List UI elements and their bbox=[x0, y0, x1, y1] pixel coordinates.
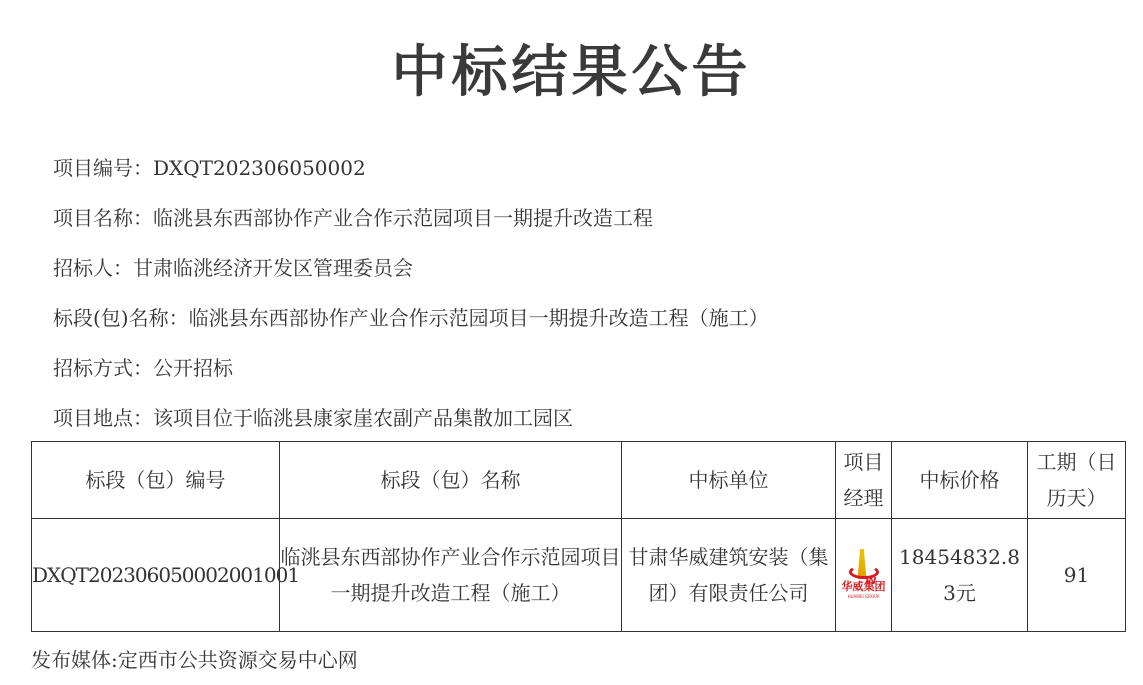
section-name-value: 临洮县东西部协作产业合作示范园项目一期提升改造工程（施工） bbox=[189, 306, 769, 330]
header-project-manager: 项目经理 bbox=[836, 442, 892, 519]
project-number-line: 项目编号：DXQT202306050002 bbox=[53, 152, 366, 181]
logo-en-text: HUAWEI GROUP bbox=[838, 594, 890, 599]
header-section-code: 标段（包）编号 bbox=[32, 442, 280, 519]
table-header-row: 标段（包）编号 标段（包）名称 中标单位 项目经理 中标价格 工期（日历天） bbox=[32, 442, 1126, 519]
header-duration: 工期（日历天） bbox=[1028, 442, 1126, 519]
project-location-label: 项目地点： bbox=[53, 406, 153, 430]
tender-method-line: 招标方式：公开招标 bbox=[53, 352, 233, 381]
cell-price: 18454832.83元 bbox=[892, 519, 1028, 632]
tenderer-label: 招标人： bbox=[53, 256, 133, 280]
cell-section-code: DXQT202306050002001001 bbox=[32, 519, 280, 632]
huawei-group-logo-icon: W 华威集团 HUAWEI GROUP bbox=[838, 547, 890, 603]
tenderer-line: 招标人：甘肃临洮经济开发区管理委员会 bbox=[53, 252, 413, 281]
header-section-name: 标段（包）名称 bbox=[280, 442, 622, 519]
tenderer-value: 甘肃临洮经济开发区管理委员会 bbox=[133, 256, 413, 280]
logo-cn-text: 华威集团 bbox=[838, 581, 890, 593]
project-location-line: 项目地点：该项目位于临洮县康家崖农副产品集散加工园区 bbox=[53, 402, 573, 431]
page-title: 中标结果公告 bbox=[0, 28, 1143, 108]
tender-method-value: 公开招标 bbox=[153, 356, 233, 380]
section-name-label: 标段(包)名称： bbox=[53, 306, 189, 330]
cell-winner: 甘肃华威建筑安装（集团）有限责任公司 bbox=[622, 519, 836, 632]
header-price: 中标价格 bbox=[892, 442, 1028, 519]
project-number-label: 项目编号： bbox=[53, 156, 153, 180]
cell-duration: 91 bbox=[1028, 519, 1126, 632]
project-name-value: 临洮县东西部协作产业合作示范园项目一期提升改造工程 bbox=[153, 206, 653, 230]
header-winner: 中标单位 bbox=[622, 442, 836, 519]
cell-section-name: 临洮县东西部协作产业合作示范园项目一期提升改造工程（施工） bbox=[280, 519, 622, 632]
publish-media: 发布媒体:定西市公共资源交易中心网 bbox=[31, 644, 358, 673]
project-location-value: 该项目位于临洮县康家崖农副产品集散加工园区 bbox=[153, 406, 573, 430]
result-table: 标段（包）编号 标段（包）名称 中标单位 项目经理 中标价格 工期（日历天） D… bbox=[31, 441, 1126, 632]
cell-project-manager: W 华威集团 HUAWEI GROUP bbox=[836, 519, 892, 632]
tender-method-label: 招标方式： bbox=[53, 356, 153, 380]
table-row: DXQT202306050002001001 临洮县东西部协作产业合作示范园项目… bbox=[32, 519, 1126, 632]
section-name-line: 标段(包)名称：临洮县东西部协作产业合作示范园项目一期提升改造工程（施工） bbox=[53, 302, 769, 331]
project-name-line: 项目名称：临洮县东西部协作产业合作示范园项目一期提升改造工程 bbox=[53, 202, 653, 231]
project-number-value: DXQT202306050002 bbox=[153, 156, 366, 180]
project-name-label: 项目名称： bbox=[53, 206, 153, 230]
